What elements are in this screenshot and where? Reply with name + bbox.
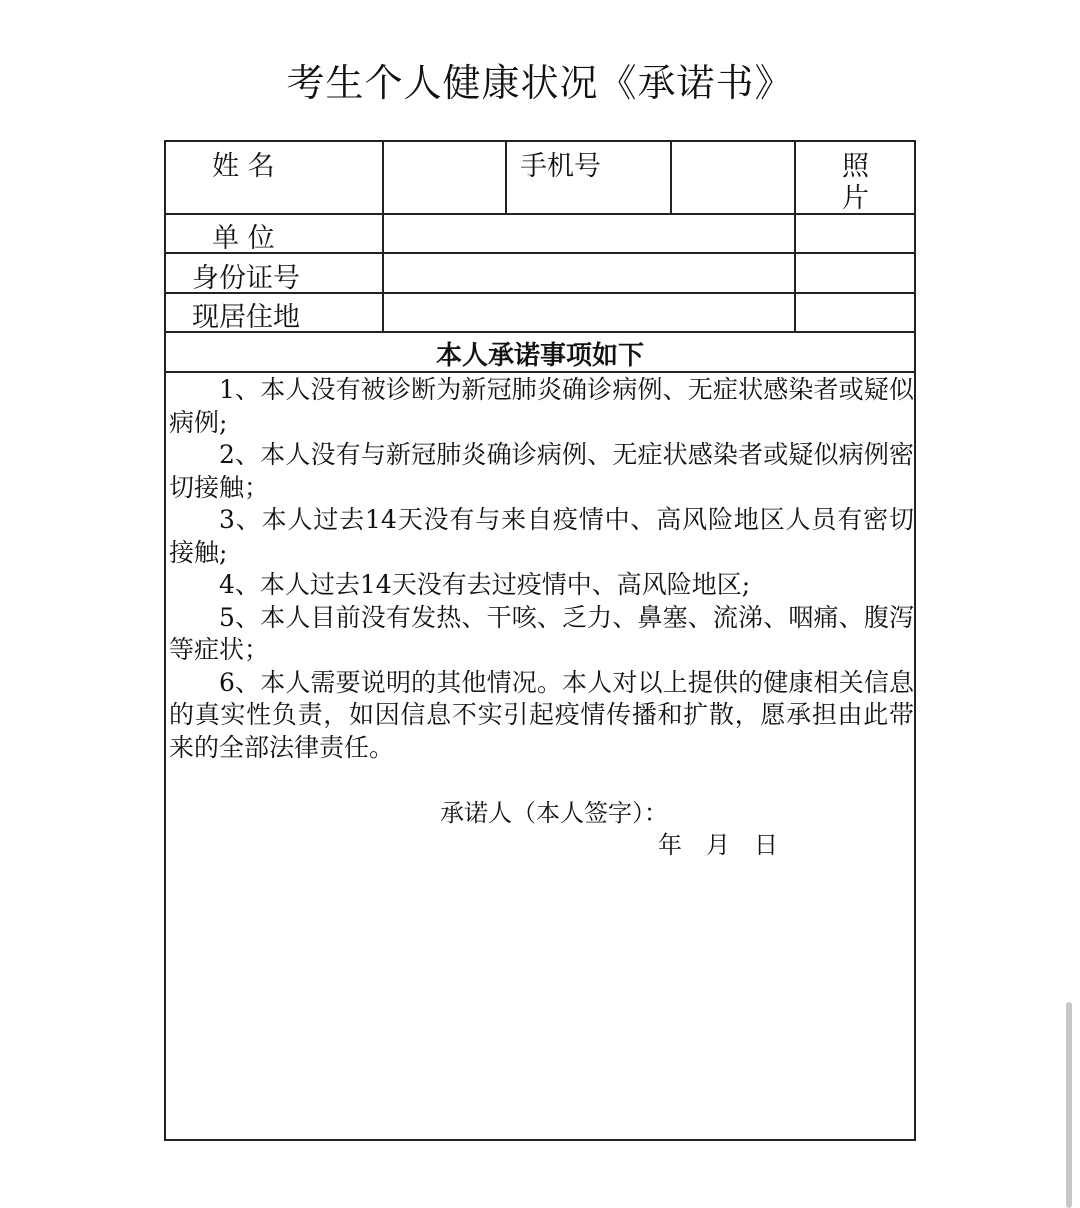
- commitment-item: 6、本人需要说明的其他情况。本人对以上提供的健康相关信息的真实性负责，如因信息不…: [169, 667, 914, 765]
- commitment-item: 1、本人没有被诊断为新冠肺炎确诊病例、无症状感染者或疑似病例;: [169, 374, 914, 439]
- signature-label: 承诺人（本人签字）：: [440, 793, 668, 828]
- scrollbar[interactable]: [1066, 1002, 1072, 1208]
- col-divider: [505, 142, 507, 214]
- address-field[interactable]: [386, 295, 792, 329]
- commitment-item: 2、本人没有与新冠肺炎确诊病例、无症状感染者或疑似病例密切接触；: [169, 439, 914, 504]
- commitment-list: 1、本人没有被诊断为新冠肺炎确诊病例、无症状感染者或疑似病例; 2、本人没有与新…: [169, 374, 914, 764]
- col-divider: [382, 142, 384, 332]
- row-divider: [166, 213, 914, 215]
- commitment-form: 姓 名 手机号 照 片 单 位 身份证号 现居住地 本人承诺事项如下 1、本人没…: [164, 140, 916, 1141]
- commitment-item: 5、本人目前没有发热、干咳、乏力、鼻塞、流涕、咽痛、腹泻等症状；: [169, 602, 914, 667]
- name-label: 姓 名: [212, 144, 275, 183]
- unit-field[interactable]: [386, 216, 792, 250]
- unit-label: 单 位: [212, 216, 275, 255]
- commitment-heading: 本人承诺事项如下: [166, 335, 914, 372]
- photo-label-2: 片: [842, 176, 869, 215]
- phone-field[interactable]: [674, 144, 792, 212]
- name-field[interactable]: [386, 144, 502, 212]
- id-field[interactable]: [386, 256, 792, 290]
- address-label: 现居住地: [192, 295, 300, 334]
- col-divider: [670, 142, 672, 214]
- id-label: 身份证号: [192, 256, 300, 295]
- commitment-item: 3、本人过去14天没有与来自疫情中、高风险地区人员有密切接触;: [169, 504, 914, 569]
- commitment-item: 4、本人过去14天没有去过疫情中、高风险地区;: [169, 569, 914, 602]
- col-divider: [794, 142, 796, 332]
- row-divider: [166, 252, 914, 254]
- phone-label: 手机号: [520, 144, 601, 183]
- date-label: 年 月 日: [658, 825, 778, 860]
- document-title: 考生个人健康状况《承诺书》: [0, 52, 1080, 107]
